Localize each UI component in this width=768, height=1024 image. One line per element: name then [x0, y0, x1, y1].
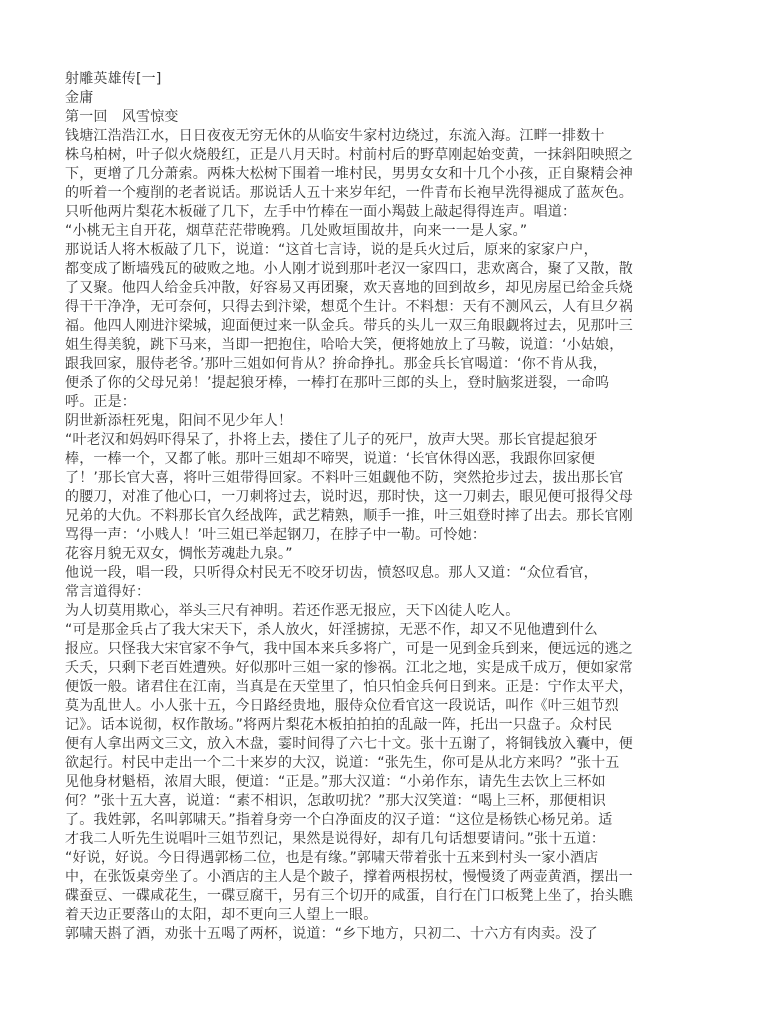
text-line: 着天边正要落山的太阳，却不更向三人望上一眼。: [65, 906, 713, 925]
text-line: 的听着一个瘦削的老者说话。那说话人五十来岁年纪，一件青布长袍早洗得褪成了蓝灰色。: [65, 184, 713, 203]
text-line: 花容月貌无双女，惆怅芳魂赴九泉。”: [65, 545, 713, 564]
text-line: 记》。话本说彻，权作散场。”将两片梨花木板拍拍拍的乱敲一阵，托出一只盘子。众村民: [65, 716, 713, 735]
text-line: 呼。正是：: [65, 393, 713, 412]
text-line: 的腰刀，对准了他心口，一刀刺将过去，说时迟，那时快，这一刀刺去，眼见便可报得父母: [65, 488, 713, 507]
text-line: 福。他四人刚进汴梁城，迎面便过来一队金兵。带兵的头儿一双三角眼觑将过去，见那叶三: [65, 317, 713, 336]
text-line: 夭夭，只剩下老百姓遭殃。好似那叶三姐一家的惨祸。江北之地，实是成千成万，便如家常: [65, 659, 713, 678]
text-line: 欲起行。村民中走出一个二十来岁的大汉，说道：“张先生，你可是从北方来吗？”张十五: [65, 754, 713, 773]
text-line: 了。我姓郭，名叫郭啸天。”指着身旁一个白净面皮的汉子道：“这位是杨铁心杨兄弟。适: [65, 811, 713, 830]
book-title: 射雕英雄传[一]: [65, 70, 713, 89]
text-line: 莫为乱世人。小人张十五，今日路经贵地，服侍众位看官这一段说话，叫作《叶三姐节烈: [65, 697, 713, 716]
text-line: 得干干净净，无可奈何，只得去到汴梁，想觅个生计。不料想：天有不测风云，人有旦夕祸: [65, 298, 713, 317]
text-line: 都变成了断墙残瓦的破败之地。小人刚才说到那叶老汉一家四口，悲欢离合，聚了又散，散: [65, 260, 713, 279]
chapter-heading: 第一回 风雪惊变: [65, 108, 713, 127]
document-page: 射雕英雄传[一]金庸第一回 风雪惊变钱塘江浩浩江水，日日夜夜无穷无休的从临安牛家…: [0, 0, 768, 1024]
text-line: 为人切莫用欺心，举头三尺有神明。若还作恶无报应，天下凶徒人吃人。: [65, 602, 713, 621]
text-line: 株乌柏树，叶子似火烧般红，正是八月天时。村前村后的野草刚起始变黄，一抹斜阳映照之: [65, 146, 713, 165]
text-line: 下，更增了几分萧索。两株大松树下围着一堆村民，男男女女和十几个小孩，正自聚精会神: [65, 165, 713, 184]
text-line: 便有人拿出两文三文，放入木盘，霎时间得了六七十文。张十五谢了，将铜钱放入囊中，便: [65, 735, 713, 754]
text-line: “小桃无主自开花，烟草茫茫带晚鸦。几处败垣围故井，向来一一是人家。”: [65, 222, 713, 241]
text-line: “可是那金兵占了我大宋天下，杀人放火，奸淫掳掠，无恶不作，却又不见他遭到什么: [65, 621, 713, 640]
text-block: 射雕英雄传[一]金庸第一回 风雪惊变钱塘江浩浩江水，日日夜夜无穷无休的从临安牛家…: [65, 70, 713, 944]
text-line: 报应。只怪我大宋官家不争气，我中国本来兵多将广，可是一见到金兵到来，便远远的逃之: [65, 640, 713, 659]
text-line: “好说，好说。今日得遇郭杨二位，也是有缘。”郭啸天带着张十五来到村头一家小酒店: [65, 849, 713, 868]
text-line: 只听他两片梨花木板碰了几下，左手中竹棒在一面小羯鼓上敲起得得连声。唱道：: [65, 203, 713, 222]
text-line: “叶老汉和妈妈吓得呆了，扑将上去，搂住了儿子的死尸，放声大哭。那长官提起狼牙: [65, 431, 713, 450]
text-line: 姐生得美貌，跳下马来，当即一把抱住，哈哈大笑，便将她放上了马鞍，说道：‘小姑娘，: [65, 336, 713, 355]
text-line: 见他身材魁梧，浓眉大眼，便道：“正是。”那大汉道：“小弟作东，请先生去饮上三杯如: [65, 773, 713, 792]
author-name: 金庸: [65, 89, 713, 108]
text-line: 跟我回家，服侍老爷。’那叶三姐如何肯从？拚命挣扎。那金兵长官喝道：‘你不肯从我，: [65, 355, 713, 374]
text-line: 阴世新添枉死鬼，阳间不见少年人！: [65, 412, 713, 431]
text-line: 了！’那长官大喜，将叶三姐带得回家。不料叶三姐觑他不防，突然抢步过去，拔出那长官: [65, 469, 713, 488]
text-line: 常言道得好：: [65, 583, 713, 602]
text-line: 碟蚕豆、一碟咸花生，一碟豆腐干，另有三个切开的咸蛋，自行在门口板凳上坐了，抬头瞧: [65, 887, 713, 906]
text-line: 郭啸天斟了酒，劝张十五喝了两杯，说道：“乡下地方，只初二、十六方有肉卖。没了: [65, 925, 713, 944]
text-line: 中，在张饭桌旁坐了。小酒店的主人是个跛子，撑着两根拐杖，慢慢烫了两壶黄酒，摆出一: [65, 868, 713, 887]
text-line: 兄弟的大仇。不料那长官久经战阵，武艺精熟，顺手一推，叶三姐登时摔了出去。那长官刚: [65, 507, 713, 526]
text-line: 才我二人听先生说唱叶三姐节烈记，果然是说得好，却有几句话想要请问。”张十五道：: [65, 830, 713, 849]
text-line: 棒，一棒一个，又都了帐。那叶三姐却不啼哭，说道：‘长官休得凶恶，我跟你回家便: [65, 450, 713, 469]
text-line: 那说话人将木板敲了几下，说道：“这首七言诗，说的是兵火过后，原来的家家户户，: [65, 241, 713, 260]
text-line: 便杀了你的父母兄弟！’提起狼牙棒，一棒打在那叶三郎的头上，登时脑浆迸裂，一命呜: [65, 374, 713, 393]
text-line: 便饭一般。诸君住在江南，当真是在天堂里了，怕只怕金兵何日到来。正是：宁作太平犬，: [65, 678, 713, 697]
text-line: 了又聚。他四人给金兵冲散，好容易又再团聚，欢天喜地的回到故乡，却见房屋已给金兵烧: [65, 279, 713, 298]
text-line: 何？”张十五大喜，说道：“素不相识，怎敢叨扰？”那大汉笑道：“喝上三杯，那便相识: [65, 792, 713, 811]
text-line: 钱塘江浩浩江水，日日夜夜无穷无休的从临安牛家村边绕过，东流入海。江畔一排数十: [65, 127, 713, 146]
text-line: 骂得一声：‘小贱人！’叶三姐已举起钢刀，在脖子中一勒。可怜她：: [65, 526, 713, 545]
text-line: 他说一段，唱一段，只听得众村民无不咬牙切齿，愤怒叹息。那人又道：“众位看官，: [65, 564, 713, 583]
